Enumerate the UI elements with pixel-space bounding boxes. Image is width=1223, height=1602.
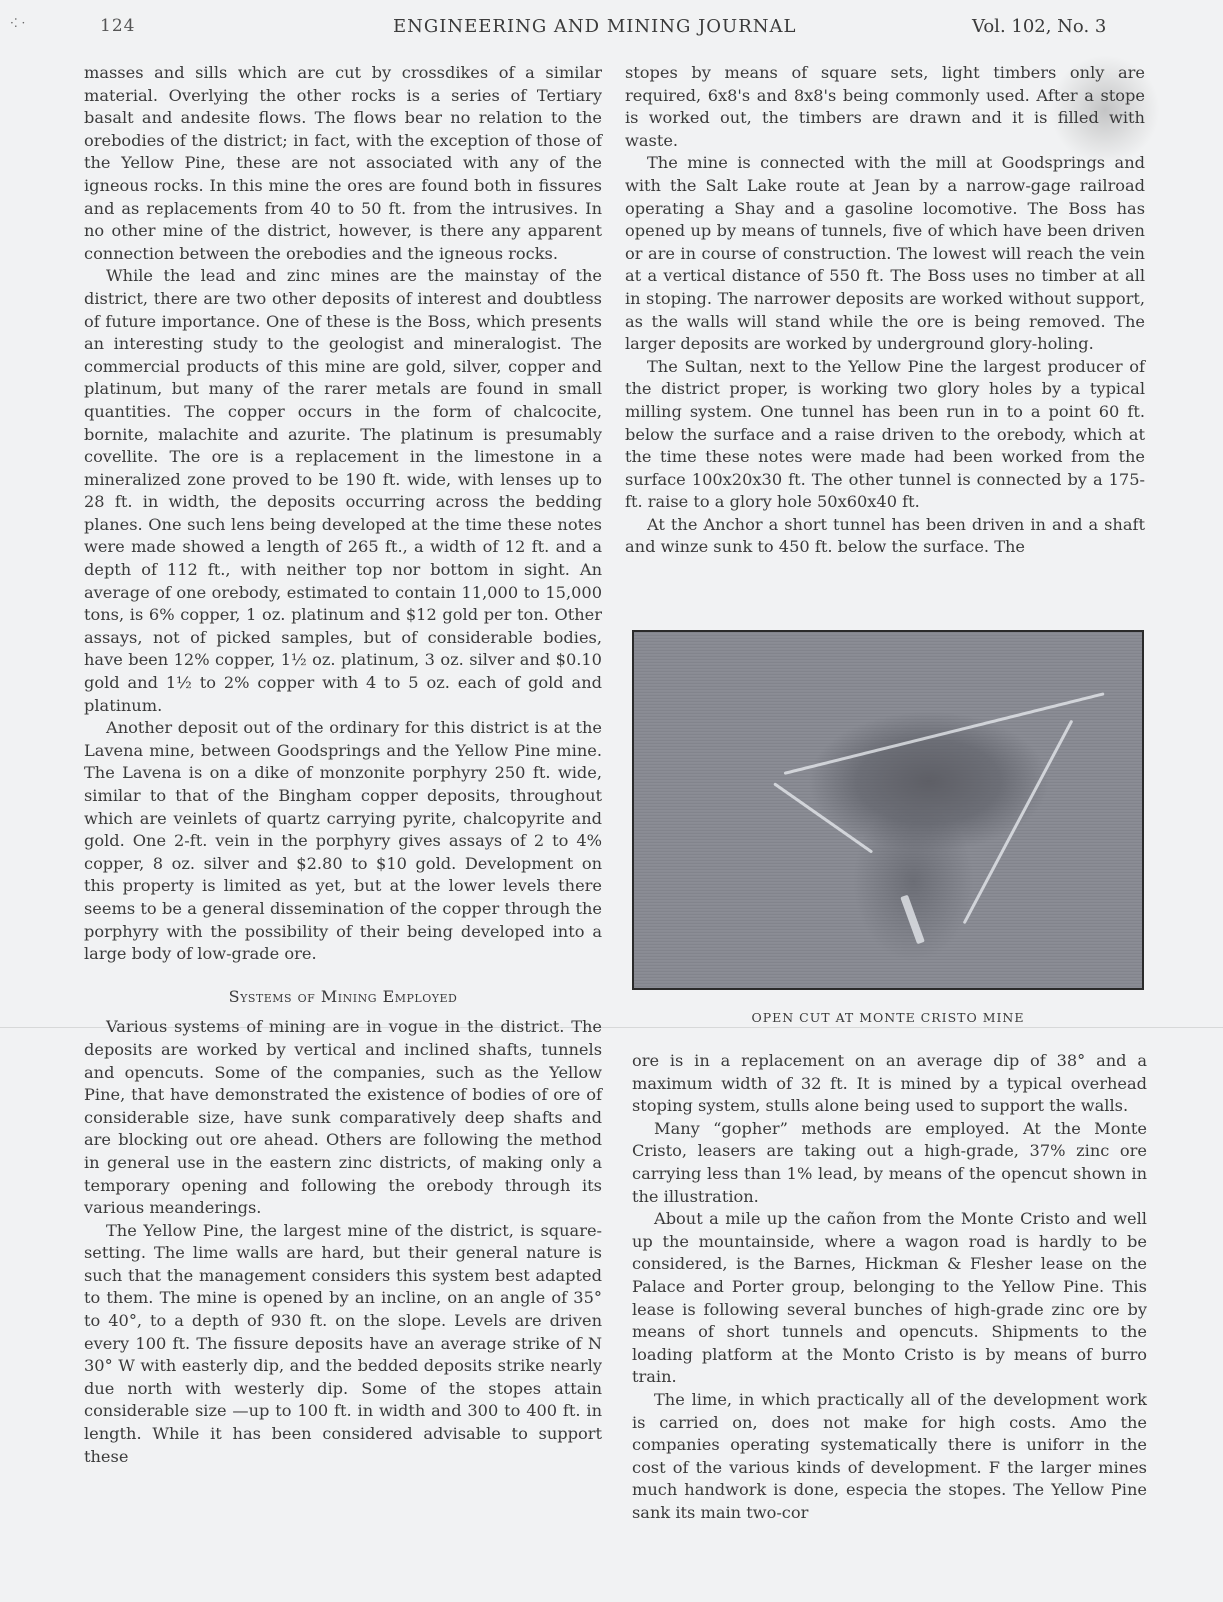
photo-detail (773, 782, 873, 853)
photo-detail (784, 692, 1105, 775)
paragraph: ore is in a replacement on an average di… (632, 1050, 1147, 1118)
paragraph: About a mile up the cañon from the Monte… (632, 1208, 1147, 1389)
open-cut-photograph (632, 630, 1144, 990)
page-header: ·⁚ · 124 ENGINEERING AND MINING JOURNAL … (0, 10, 1223, 40)
photo-detail (900, 895, 925, 945)
scan-artifact: ·⁚ · (10, 16, 25, 30)
paragraph: The mine is connected with the mill at G… (625, 152, 1145, 355)
paragraph: Various systems of mining are in vogue i… (84, 1016, 602, 1219)
right-column-bottom: ore is in a replacement on an average di… (632, 1050, 1147, 1524)
paragraph: The lime, in which practically all of th… (632, 1389, 1147, 1525)
paragraph: masses and sills which are cut by crossd… (84, 62, 602, 265)
paragraph: Many “gopher” methods are employed. At t… (632, 1118, 1147, 1208)
paragraph: Another deposit out of the ordinary for … (84, 717, 602, 966)
paragraph: At the Anchor a short tunnel has been dr… (625, 514, 1145, 559)
right-column-top: stopes by means of square sets, light ti… (625, 62, 1145, 559)
paragraph: While the lead and zinc mines are the ma… (84, 265, 602, 717)
figure-caption: OPEN CUT AT MONTE CRISTO MINE (632, 1010, 1144, 1025)
photo-detail (963, 720, 1074, 924)
paragraph: The Yellow Pine, the largest mine of the… (84, 1220, 602, 1469)
paragraph: The Sultan, next to the Yellow Pine the … (625, 356, 1145, 514)
paragraph: stopes by means of square sets, light ti… (625, 62, 1145, 152)
page-number: 124 (100, 16, 135, 36)
left-column: masses and sills which are cut by crossd… (84, 62, 602, 1468)
section-heading: Systems of Mining Employed (84, 986, 602, 1009)
volume-issue: Vol. 102, No. 3 (972, 16, 1106, 37)
journal-title: ENGINEERING AND MINING JOURNAL (393, 16, 796, 37)
